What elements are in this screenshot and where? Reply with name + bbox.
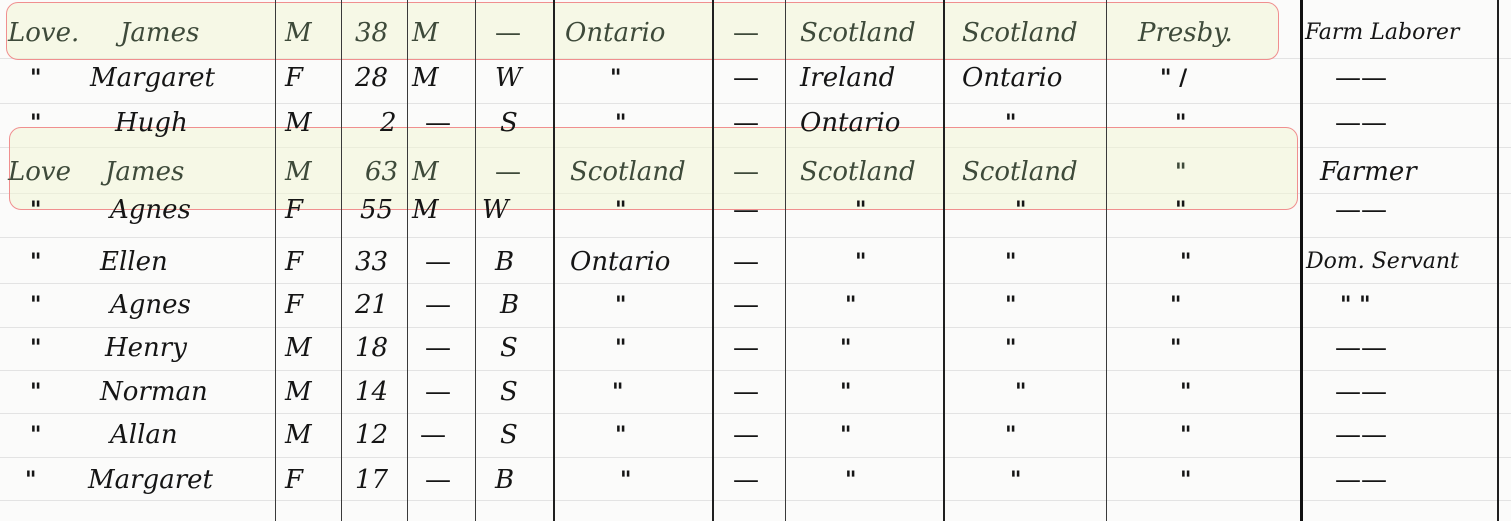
blank-col-cell: — xyxy=(733,188,759,232)
religion-cell: " xyxy=(1175,101,1186,145)
birthplace-cell: " xyxy=(610,56,621,100)
origin-a-cell: " xyxy=(840,326,851,370)
sex-cell: F xyxy=(285,188,303,232)
origin-a-cell: " xyxy=(845,458,856,502)
record-row: " Margaret F 17 — B " — " " " —— xyxy=(0,458,1511,502)
origin-a-cell: " xyxy=(855,188,866,232)
origin-a-cell: Ireland xyxy=(800,56,895,100)
marital-status-cell: — xyxy=(425,370,451,414)
status-mark-cell: S xyxy=(500,326,518,370)
origin-b-cell: " xyxy=(1010,458,1021,502)
census-sheet: Love. James M 38 M — Ontario — Scotland … xyxy=(0,0,1511,521)
birthplace-cell: " xyxy=(615,101,626,145)
sex-cell: F xyxy=(285,240,303,284)
blank-col-cell: — xyxy=(733,458,759,502)
religion-cell: " xyxy=(1170,283,1181,327)
religion-cell: " xyxy=(1170,326,1181,370)
given-name-cell: Allan xyxy=(110,413,178,457)
sex-cell: M xyxy=(285,326,312,370)
age-cell: 28 xyxy=(355,56,388,100)
origin-a-cell: Ontario xyxy=(800,101,900,145)
status-mark-cell: W xyxy=(482,188,509,232)
sex-cell: M xyxy=(285,101,312,145)
given-name-cell: Margaret xyxy=(88,458,213,502)
birthplace-cell: " xyxy=(612,370,623,414)
surname-cell: " xyxy=(30,283,41,327)
birthplace-cell: " xyxy=(615,326,626,370)
birthplace-cell: Ontario xyxy=(565,11,665,55)
origin-b-cell: " xyxy=(1005,283,1016,327)
age-cell: 21 xyxy=(355,283,388,327)
blank-col-cell: — xyxy=(733,283,759,327)
surname-cell: " xyxy=(30,56,41,100)
given-name-cell: Agnes xyxy=(110,188,191,232)
surname-cell: " xyxy=(25,458,36,502)
status-mark-cell: B xyxy=(495,240,514,284)
marital-status-cell: — xyxy=(425,326,451,370)
origin-a-cell: Scotland xyxy=(800,11,916,55)
record-row: " Hugh M 2 — S " — Ontario " " —— xyxy=(0,101,1511,145)
sex-cell: F xyxy=(285,56,303,100)
record-row: " Allan M 12 — S " — " " " —— xyxy=(0,413,1511,457)
record-row: " Henry M 18 — S " — " " " —— xyxy=(0,326,1511,370)
given-name-cell: Ellen xyxy=(100,240,168,284)
marital-status-cell: — xyxy=(420,413,446,457)
occupation-cell: " " xyxy=(1340,283,1371,327)
origin-a-cell: " xyxy=(840,413,851,457)
origin-b-cell: " xyxy=(1015,370,1026,414)
occupation-cell: —— xyxy=(1335,370,1387,414)
record-row: " Ellen F 33 — B Ontario — " " " Dom. Se… xyxy=(0,240,1511,284)
given-name-cell: Henry xyxy=(105,326,187,370)
marital-status-cell: M xyxy=(412,188,439,232)
origin-b-cell: Scotland xyxy=(962,11,1078,55)
origin-b-cell: " xyxy=(1005,326,1016,370)
age-cell: 12 xyxy=(355,413,388,457)
sex-cell: F xyxy=(285,458,303,502)
religion-cell: " xyxy=(1180,458,1191,502)
occupation-cell: —— xyxy=(1335,413,1387,457)
marital-status-cell: M xyxy=(412,56,439,100)
occupation-cell: —— xyxy=(1335,56,1387,100)
occupation-cell: Farm Laborer xyxy=(1305,11,1459,55)
status-mark-cell: B xyxy=(500,283,519,327)
age-cell: 33 xyxy=(355,240,388,284)
sex-cell: M xyxy=(285,413,312,457)
birthplace-cell: " xyxy=(615,283,626,327)
marital-status-cell: M xyxy=(412,11,439,55)
given-name-cell: Norman xyxy=(100,370,208,414)
blank-col-cell: — xyxy=(733,56,759,100)
blank-col-cell: — xyxy=(733,101,759,145)
origin-b-cell: Ontario xyxy=(962,56,1062,100)
religion-cell: " / xyxy=(1160,56,1187,100)
blank-col-cell: — xyxy=(733,240,759,284)
record-row: " Agnes F 21 — B " — " " " " " xyxy=(0,283,1511,327)
surname-cell: Love. xyxy=(8,11,79,55)
birthplace-cell: " xyxy=(615,413,626,457)
origin-b-cell: " xyxy=(1005,413,1016,457)
religion-cell: Presby. xyxy=(1138,11,1233,55)
surname-cell: " xyxy=(30,240,41,284)
age-cell: 17 xyxy=(355,458,388,502)
occupation-cell: —— xyxy=(1335,326,1387,370)
surname-cell: " xyxy=(30,188,41,232)
origin-b-cell: " xyxy=(1005,101,1016,145)
occupation-cell: —— xyxy=(1335,101,1387,145)
status-mark-cell: S xyxy=(500,413,518,457)
blank-col-cell: — xyxy=(733,326,759,370)
religion-cell: " xyxy=(1180,413,1191,457)
sex-cell: F xyxy=(285,283,303,327)
status-mark-cell: S xyxy=(500,101,518,145)
blank-col-cell: — xyxy=(733,413,759,457)
status-mark-cell: — xyxy=(495,11,521,55)
status-mark-cell: S xyxy=(500,370,518,414)
religion-cell: " xyxy=(1180,240,1191,284)
record-row: " Norman M 14 — S " — " " " —— xyxy=(0,370,1511,414)
marital-status-cell: — xyxy=(425,240,451,284)
religion-cell: " xyxy=(1175,188,1186,232)
sex-cell: M xyxy=(285,370,312,414)
occupation-cell: Dom. Servant xyxy=(1306,240,1459,284)
age-cell: 18 xyxy=(355,326,388,370)
surname-cell: " xyxy=(30,413,41,457)
given-name-cell: Agnes xyxy=(110,283,191,327)
birthplace-cell: " xyxy=(620,458,631,502)
age-cell: 2 xyxy=(380,101,397,145)
surname-cell: " xyxy=(30,370,41,414)
birthplace-cell: " xyxy=(615,188,626,232)
origin-a-cell: " xyxy=(855,240,866,284)
ruling-line xyxy=(0,237,1511,238)
age-cell: 14 xyxy=(355,370,388,414)
age-cell: 38 xyxy=(355,11,388,55)
blank-col-cell: — xyxy=(733,370,759,414)
origin-a-cell: " xyxy=(840,370,851,414)
record-row: Love. James M 38 M — Ontario — Scotland … xyxy=(0,11,1511,55)
status-mark-cell: W xyxy=(495,56,522,100)
surname-cell: " xyxy=(30,326,41,370)
status-mark-cell: B xyxy=(495,458,514,502)
record-row: " Margaret F 28 M W " — Ireland Ontario … xyxy=(0,56,1511,100)
sex-cell: M xyxy=(285,11,312,55)
given-name-cell: James xyxy=(120,11,199,55)
origin-b-cell: " xyxy=(1005,240,1016,284)
marital-status-cell: — xyxy=(425,458,451,502)
occupation-cell: —— xyxy=(1335,188,1387,232)
age-cell: 55 xyxy=(360,188,393,232)
record-row: " Agnes F 55 M W " — " " " —— xyxy=(0,188,1511,232)
religion-cell: " xyxy=(1180,370,1191,414)
origin-a-cell: " xyxy=(845,283,856,327)
given-name-cell: Hugh xyxy=(115,101,188,145)
birthplace-cell: Ontario xyxy=(570,240,670,284)
origin-b-cell: " xyxy=(1015,188,1026,232)
surname-cell: " xyxy=(30,101,41,145)
given-name-cell: Margaret xyxy=(90,56,215,100)
marital-status-cell: — xyxy=(425,283,451,327)
marital-status-cell: — xyxy=(425,101,451,145)
occupation-cell: —— xyxy=(1335,458,1387,502)
blank-col-cell: — xyxy=(733,11,759,55)
